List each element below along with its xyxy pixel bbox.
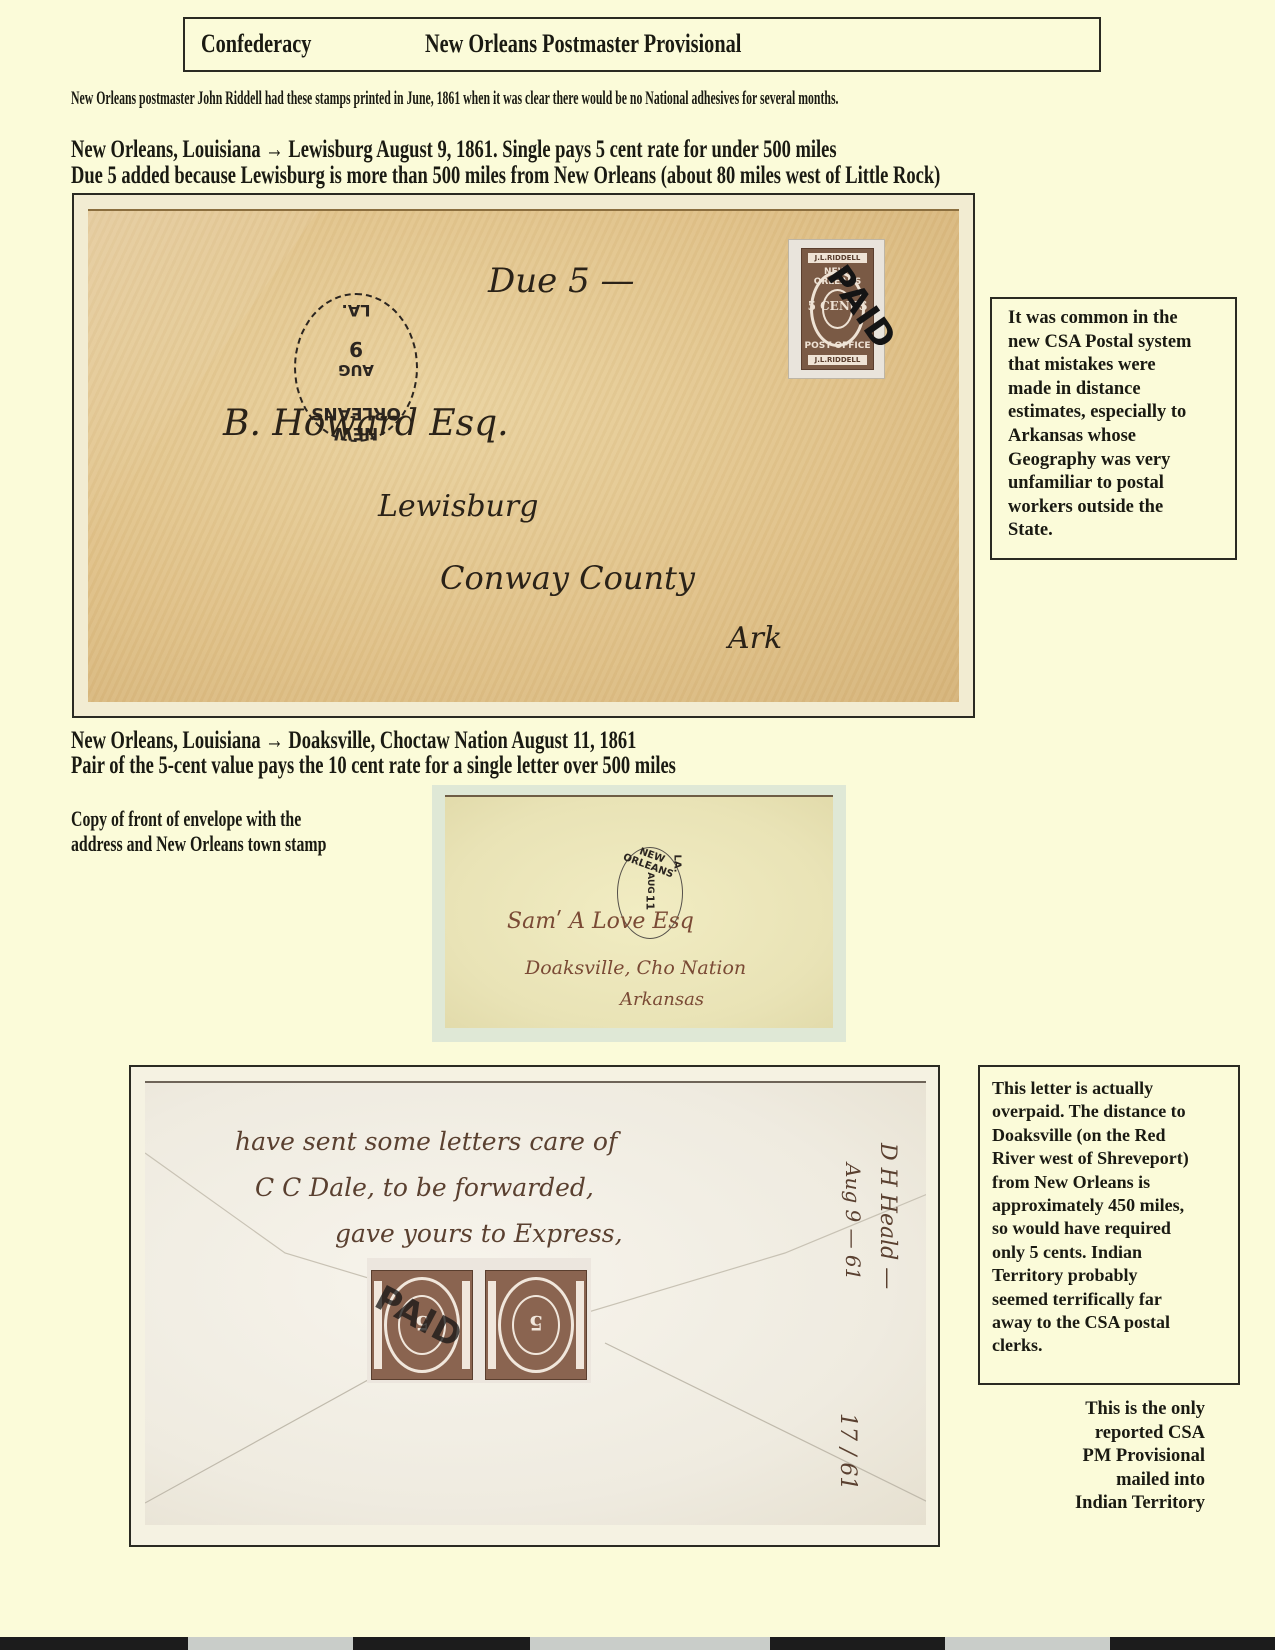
note-line: State. bbox=[1008, 519, 1235, 543]
address-city: Lewisburg bbox=[378, 489, 538, 524]
back-note-line1: have sent some letters care of bbox=[235, 1127, 617, 1156]
final-note-line: PM Provisional bbox=[1075, 1445, 1205, 1469]
note-line: so would have required bbox=[992, 1217, 1238, 1240]
note-line: It was common in the bbox=[1008, 307, 1235, 331]
cover1-frame: NEW ORLEANS LA. 9 AUG Due 5 — B. Howard … bbox=[72, 193, 975, 718]
copy-caption-line2: address and New Orleans town stamp bbox=[71, 831, 326, 857]
note-line: Arkansas whose bbox=[1008, 425, 1235, 449]
note-line: unfamiliar to postal bbox=[1008, 472, 1235, 496]
title-box: Confederacy New Orleans Postmaster Provi… bbox=[183, 17, 1101, 72]
copy-addressee: Samʹ A Love Esq bbox=[507, 909, 694, 934]
note-line: only 5 cents. Indian bbox=[992, 1241, 1238, 1264]
note-line: made in distance bbox=[1008, 378, 1235, 402]
cover1-envelope-image: NEW ORLEANS LA. 9 AUG Due 5 — B. Howard … bbox=[88, 209, 959, 702]
note-line: This letter is actually bbox=[992, 1077, 1238, 1100]
page-title: New Orleans Postmaster Provisional bbox=[425, 29, 741, 59]
back-note-line2: C C Dale, to be forwarded, bbox=[255, 1173, 594, 1202]
envelope-flap-shadow bbox=[88, 211, 318, 541]
addressee-line: B. Howard Esq. bbox=[223, 403, 509, 444]
note-line: River west of Shreveport) bbox=[992, 1147, 1238, 1170]
stamp-top-label: J.L.RIDDELL bbox=[808, 253, 867, 263]
final-note-line: Indian Territory bbox=[1075, 1492, 1205, 1516]
address-state: Ark bbox=[728, 621, 782, 656]
address-county: Conway County bbox=[440, 559, 695, 597]
postmark-month: AUG bbox=[296, 361, 416, 379]
final-note-line: reported CSA bbox=[1075, 1422, 1205, 1446]
note-line: away to the CSA postal bbox=[992, 1311, 1238, 1334]
note-line: approximately 450 miles, bbox=[992, 1194, 1238, 1217]
due-marking: Due 5 — bbox=[488, 261, 635, 301]
docket-line1: D H Heald — bbox=[875, 1143, 900, 1289]
copy-address-city: Doaksville, Cho Nation bbox=[525, 957, 746, 979]
final-note: This is the only reported CSA PM Provisi… bbox=[1075, 1398, 1205, 1516]
cover1-heading-line1: New Orleans, Louisiana → Lewisburg Augus… bbox=[71, 136, 837, 164]
note-line: workers outside the bbox=[1008, 496, 1235, 520]
cover2-envelope-back-image: have sent some letters care of C C Dale,… bbox=[145, 1081, 926, 1525]
final-note-line: mailed into bbox=[1075, 1469, 1205, 1493]
cover1-heading-line2: Due 5 added because Lewisburg is more th… bbox=[71, 162, 940, 190]
note-line: Doaksville (on the Red bbox=[992, 1124, 1238, 1147]
stamp-bottom-label: J.L.RIDDELL bbox=[808, 355, 867, 365]
note-line: seemed terrifically far bbox=[992, 1288, 1238, 1311]
note-line: Territory probably bbox=[992, 1264, 1238, 1287]
stamp-value: 5 bbox=[486, 1311, 586, 1335]
note-line: from New Orleans is bbox=[992, 1171, 1238, 1194]
note-line: that mistakes were bbox=[1008, 354, 1235, 378]
note-line: clerks. bbox=[992, 1334, 1238, 1357]
cover2-heading-line2: Pair of the 5-cent value pays the 10 cen… bbox=[71, 752, 676, 780]
stamp-pair: 5 5 PAID bbox=[367, 1258, 591, 1383]
cover2-note-box: This letter is actually overpaid. The di… bbox=[978, 1065, 1240, 1385]
postmark-day: 9 bbox=[296, 337, 416, 361]
copy-envelope-frame: NEW ORLEANS AUG 11 LA. Samʹ A Love Esq D… bbox=[432, 785, 846, 1042]
copy-address-state: Arkansas bbox=[620, 989, 704, 1010]
note-line: estimates, especially to bbox=[1008, 401, 1235, 425]
pair-stamp-right: 5 bbox=[485, 1270, 587, 1380]
docket-line2: Aug 9 — 61 bbox=[841, 1163, 865, 1280]
docket-line3: 17 / 61 bbox=[835, 1413, 860, 1490]
copy-postmark-state: LA. bbox=[671, 854, 682, 872]
note-line: new CSA Postal system bbox=[1008, 331, 1235, 355]
scanner-edge-strip bbox=[0, 1637, 1275, 1650]
copy-caption-line1: Copy of front of envelope with the bbox=[71, 806, 301, 832]
cover2-heading-line1: New Orleans, Louisiana → Doaksville, Cho… bbox=[71, 727, 636, 755]
note-line: Geography was very bbox=[1008, 449, 1235, 473]
final-note-line: This is the only bbox=[1075, 1398, 1205, 1422]
back-note-line3: gave yours to Express, bbox=[335, 1219, 623, 1248]
intro-text: New Orleans postmaster John Riddell had … bbox=[71, 88, 838, 110]
postmark-state: LA. bbox=[296, 301, 416, 320]
cover2-frame: have sent some letters care of C C Dale,… bbox=[129, 1065, 940, 1547]
cover1-note-box: It was common in the new CSA Postal syst… bbox=[990, 297, 1237, 560]
copy-envelope-front-image: NEW ORLEANS AUG 11 LA. Samʹ A Love Esq D… bbox=[445, 795, 833, 1028]
page-category: Confederacy bbox=[201, 29, 311, 59]
new-orleans-5c-stamp: J.L.RIDDELL NEW-ORLEANS 5 CENTS POST OFF… bbox=[788, 239, 885, 379]
note-line: overpaid. The distance to bbox=[992, 1100, 1238, 1123]
